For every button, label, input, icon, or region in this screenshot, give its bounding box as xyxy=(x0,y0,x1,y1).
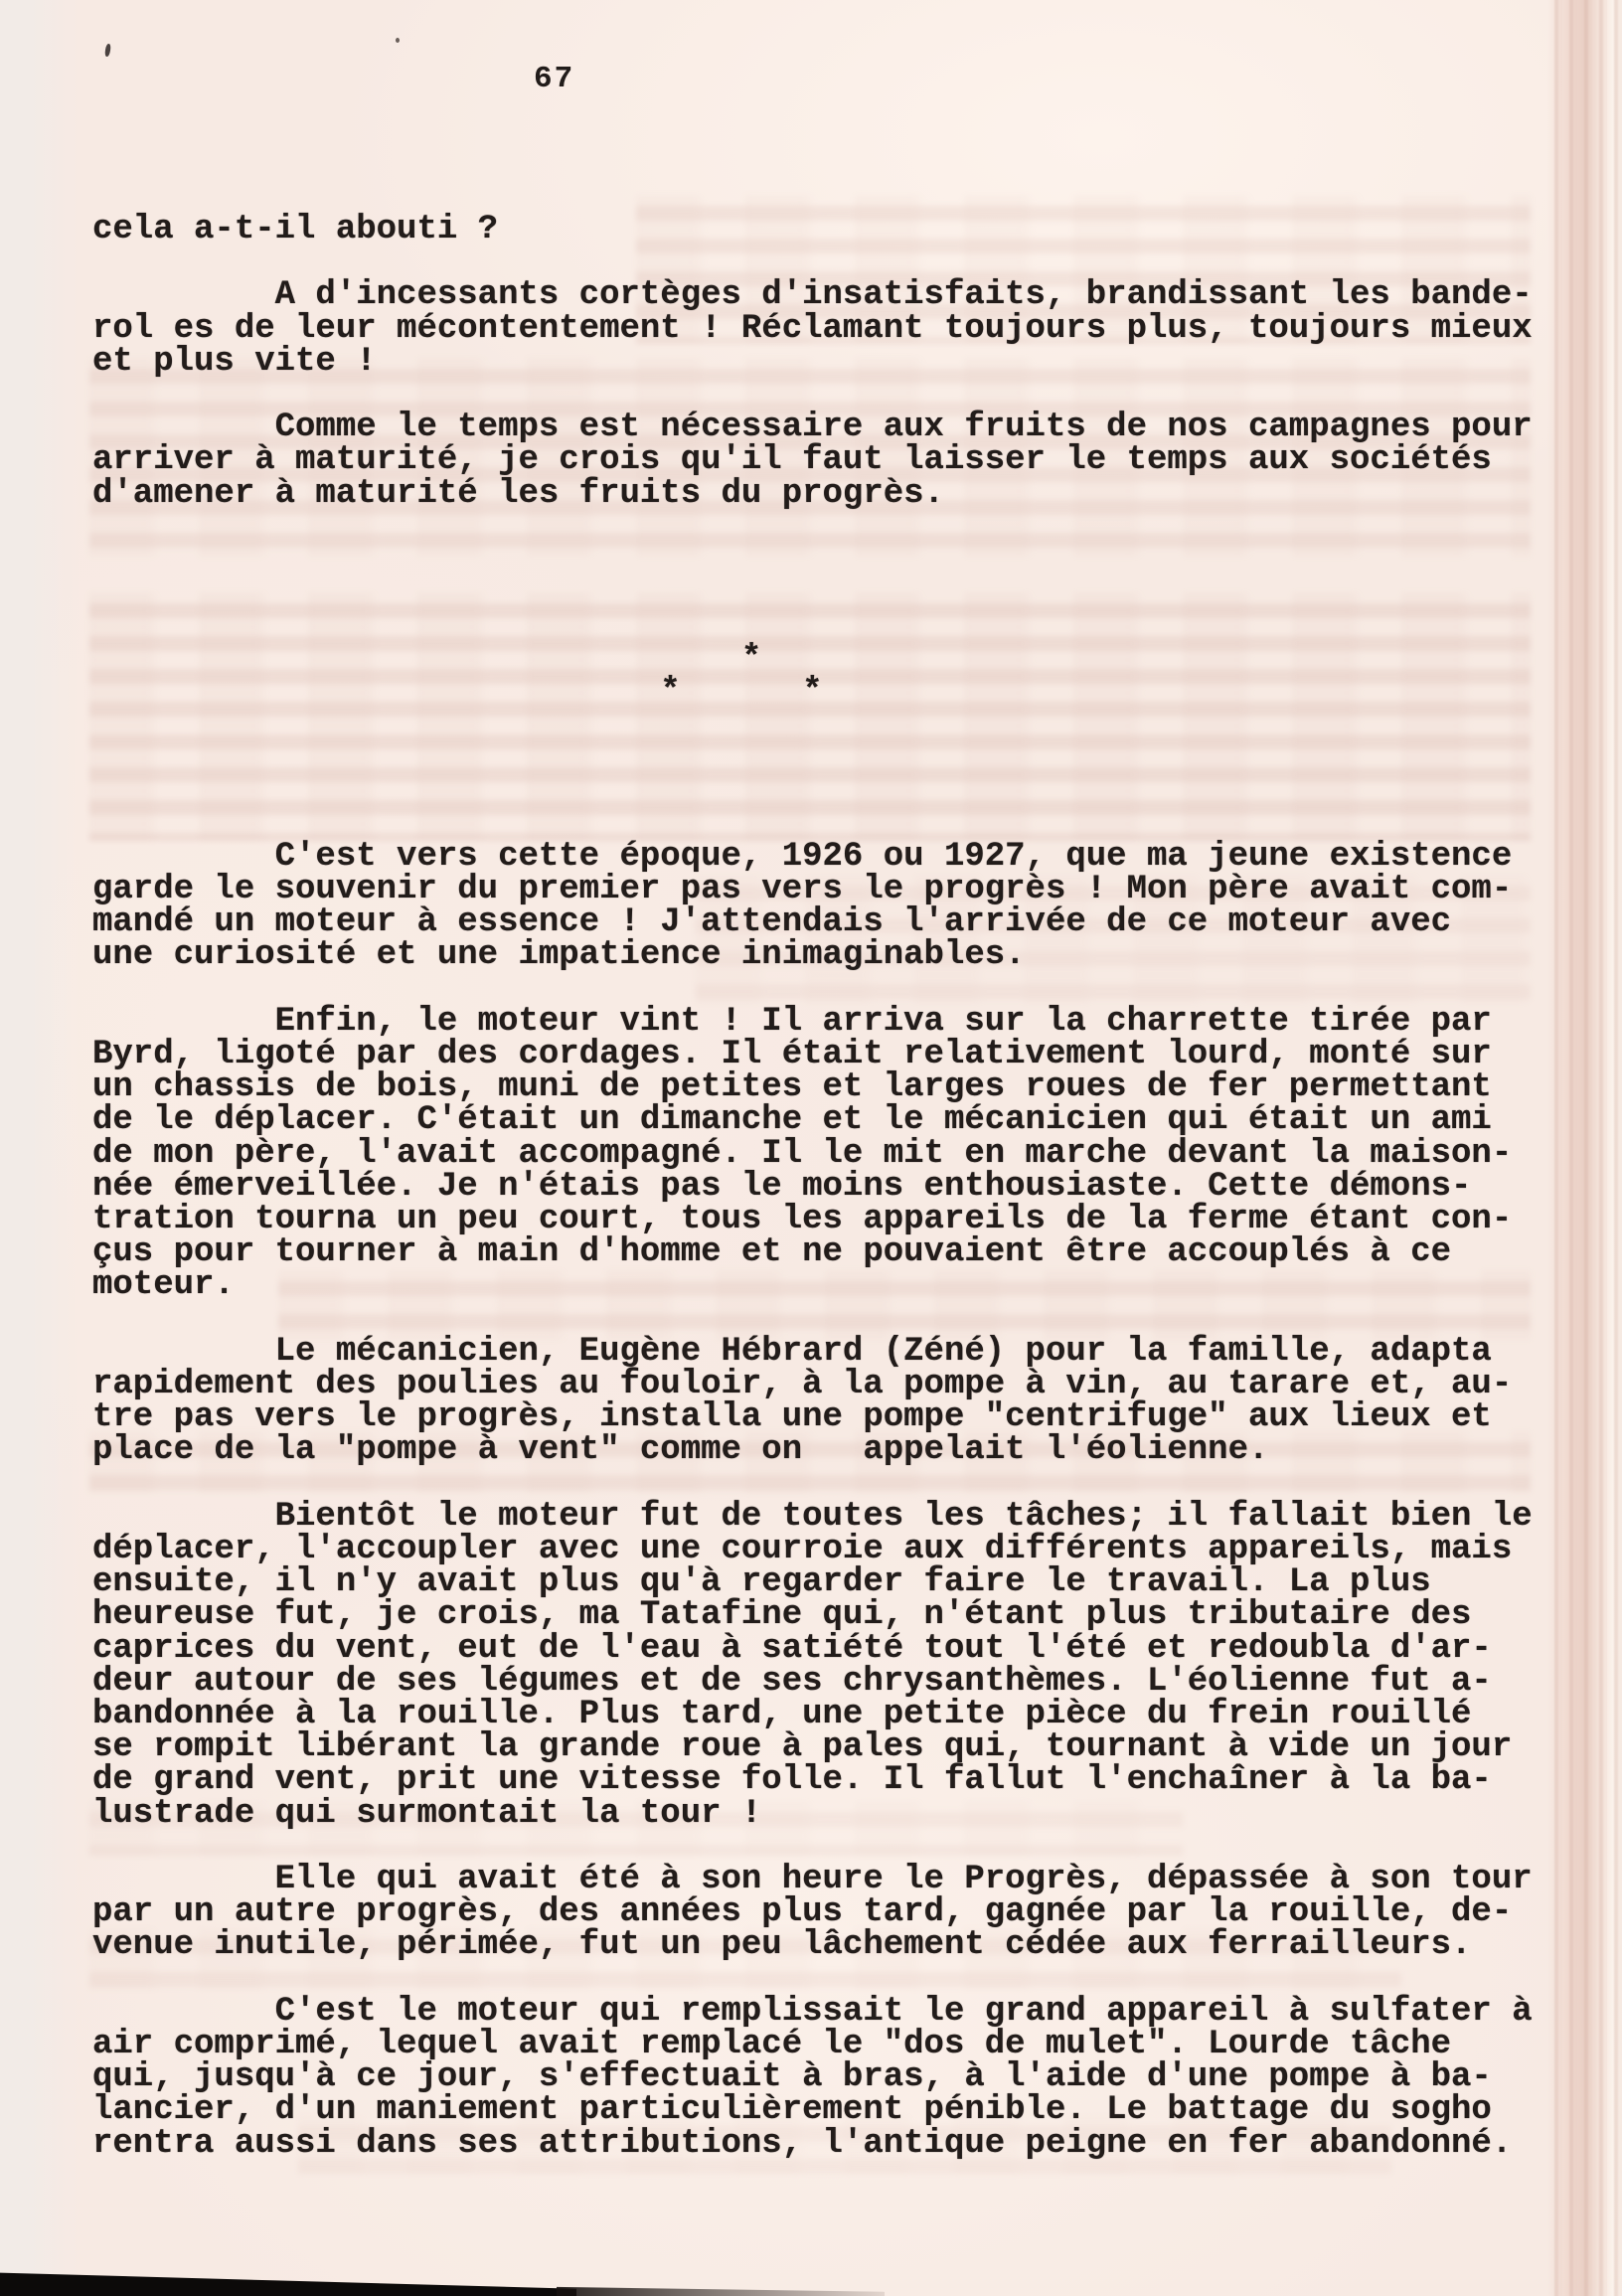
paragraph: Comme le temps est nécessaire aux fruits… xyxy=(92,411,1543,511)
scan-left-edge xyxy=(0,0,80,2296)
ink-speck xyxy=(104,44,111,58)
scan-dark-edge-bottom xyxy=(0,2270,576,2296)
paragraph: A d'incessants cortèges d'insatisfaits, … xyxy=(92,279,1543,379)
opening-line: cela a-t-il abouti ? xyxy=(92,214,1543,246)
paragraph: Enfin, le moteur vint ! Il arriva sur la… xyxy=(92,1006,1543,1303)
scanned-book-page: 67 cela a-t-il abouti ? A d'incessants c… xyxy=(0,0,1622,2296)
scan-dark-line-bottom xyxy=(557,2282,885,2296)
paragraph: Bientôt le moteur fut de toutes les tâch… xyxy=(92,1501,1543,1831)
paragraph: Elle qui avait été à son heure le Progrè… xyxy=(92,1864,1543,1963)
typewritten-text-column: cela a-t-il abouti ? A d'incessants cort… xyxy=(92,214,1543,2161)
ink-speck xyxy=(396,38,400,43)
page-number: 67 xyxy=(534,62,574,96)
paragraph: C'est vers cette époque, 1926 ou 1927, q… xyxy=(92,841,1543,973)
paragraph: Le mécanicien, Eugène Hébrard (Zéné) pou… xyxy=(92,1336,1543,1468)
paragraph: C'est le moteur qui remplissait le grand… xyxy=(92,1996,1543,2161)
asterisk-separator: * * * xyxy=(92,643,1543,709)
book-page-edges xyxy=(1547,0,1622,2296)
